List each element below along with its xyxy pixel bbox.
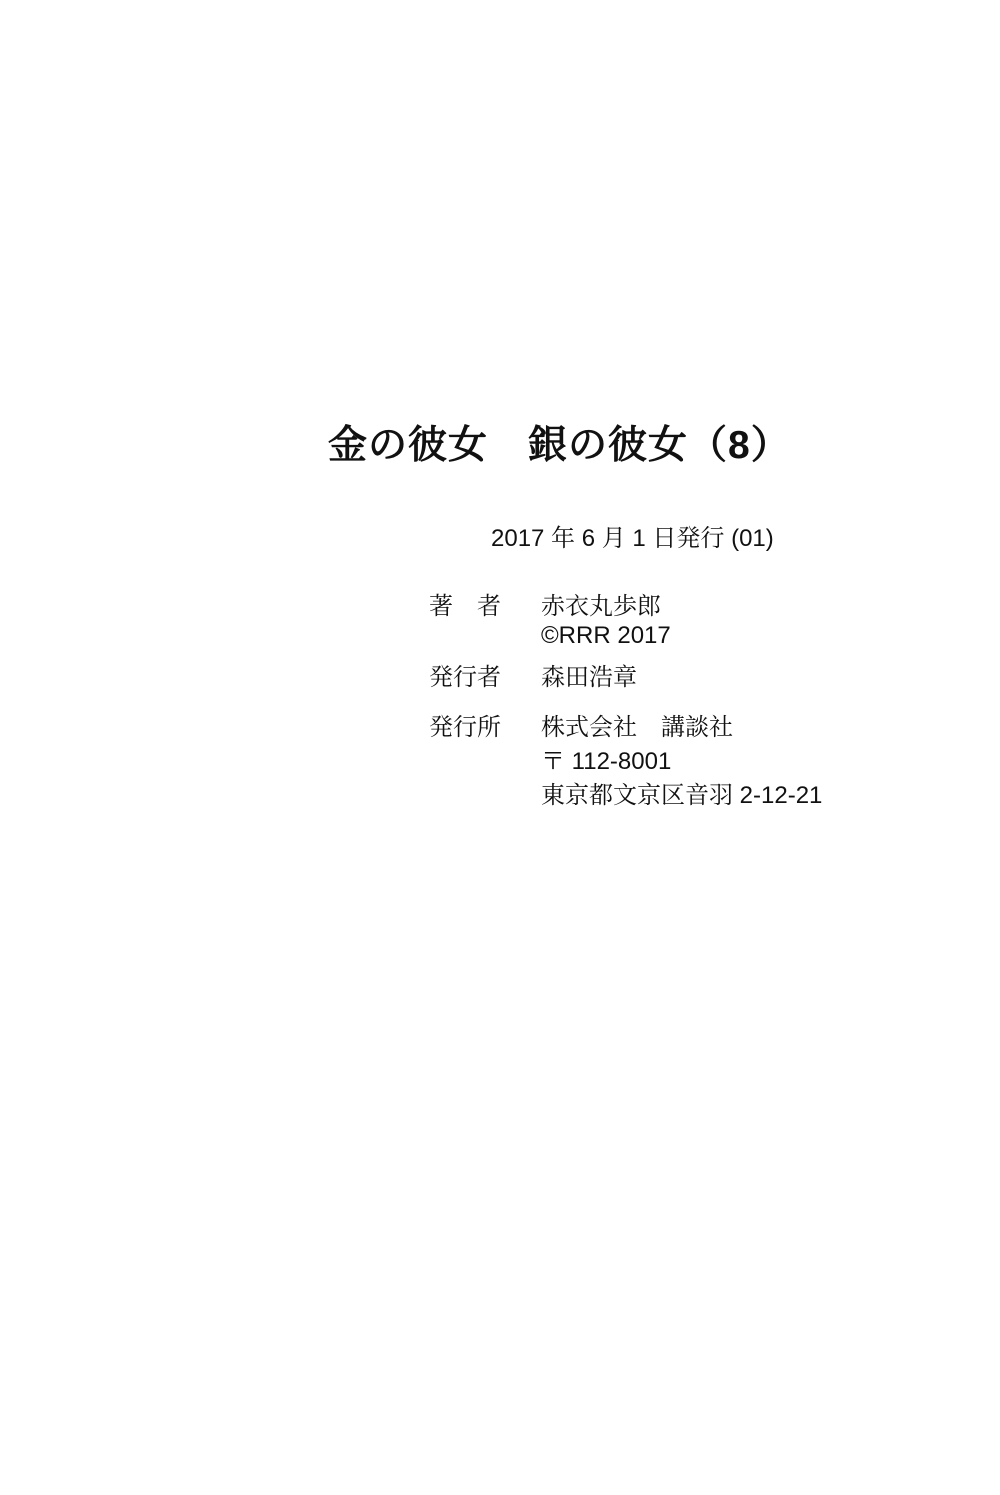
- publisher-address: 東京都文京区音羽 2-12-21: [541, 784, 822, 808]
- publisher-label: 発行者: [429, 666, 501, 690]
- issue-date-line: 2017 年 6 月 1 日発行 (01): [491, 527, 774, 551]
- postal-code: 〒 112-8001: [541, 750, 671, 774]
- book-title: 金の彼女 銀の彼女（8）: [328, 426, 791, 465]
- publishing-house-name: 株式会社 講談社: [541, 716, 733, 740]
- publisher-name: 森田浩章: [541, 666, 637, 690]
- copyright-line: ©RRR 2017: [541, 624, 671, 648]
- author-label: 著 者: [429, 595, 501, 619]
- publishing-house-label: 発行所: [429, 716, 501, 740]
- author-name: 赤衣丸歩郎: [541, 595, 661, 619]
